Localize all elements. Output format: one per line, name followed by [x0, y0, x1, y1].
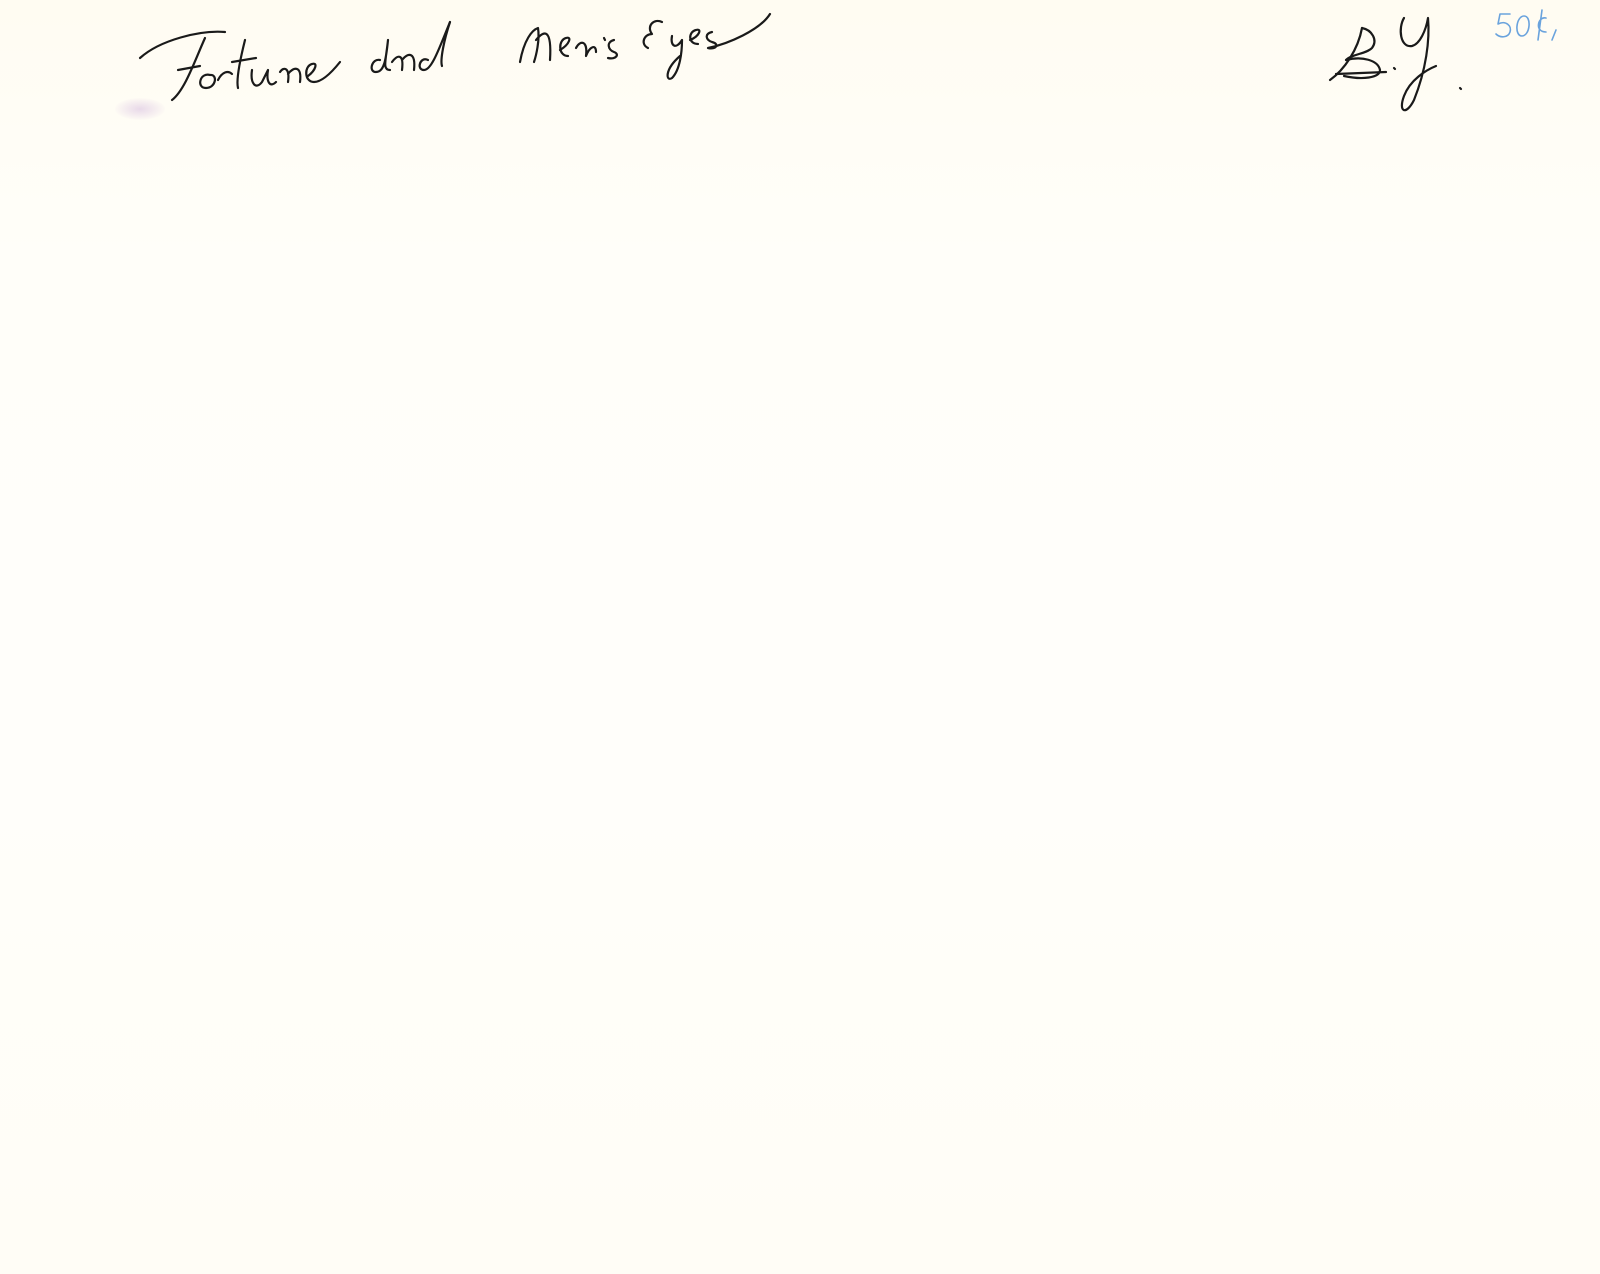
purple-ink-smudge [115, 98, 165, 120]
handwritten-title-and [372, 22, 450, 72]
handwritten-title-fortune [140, 32, 340, 100]
handwritten-initials [1330, 18, 1461, 110]
handwriting-strokes [0, 0, 1600, 160]
handwritten-title-mens [520, 28, 617, 62]
photo-back-sheet: Fortune and Men's Eyes B.Y. 50¢ [0, 0, 1600, 1274]
handwritten-price [1496, 10, 1556, 40]
handwritten-title-eyes [644, 14, 770, 79]
